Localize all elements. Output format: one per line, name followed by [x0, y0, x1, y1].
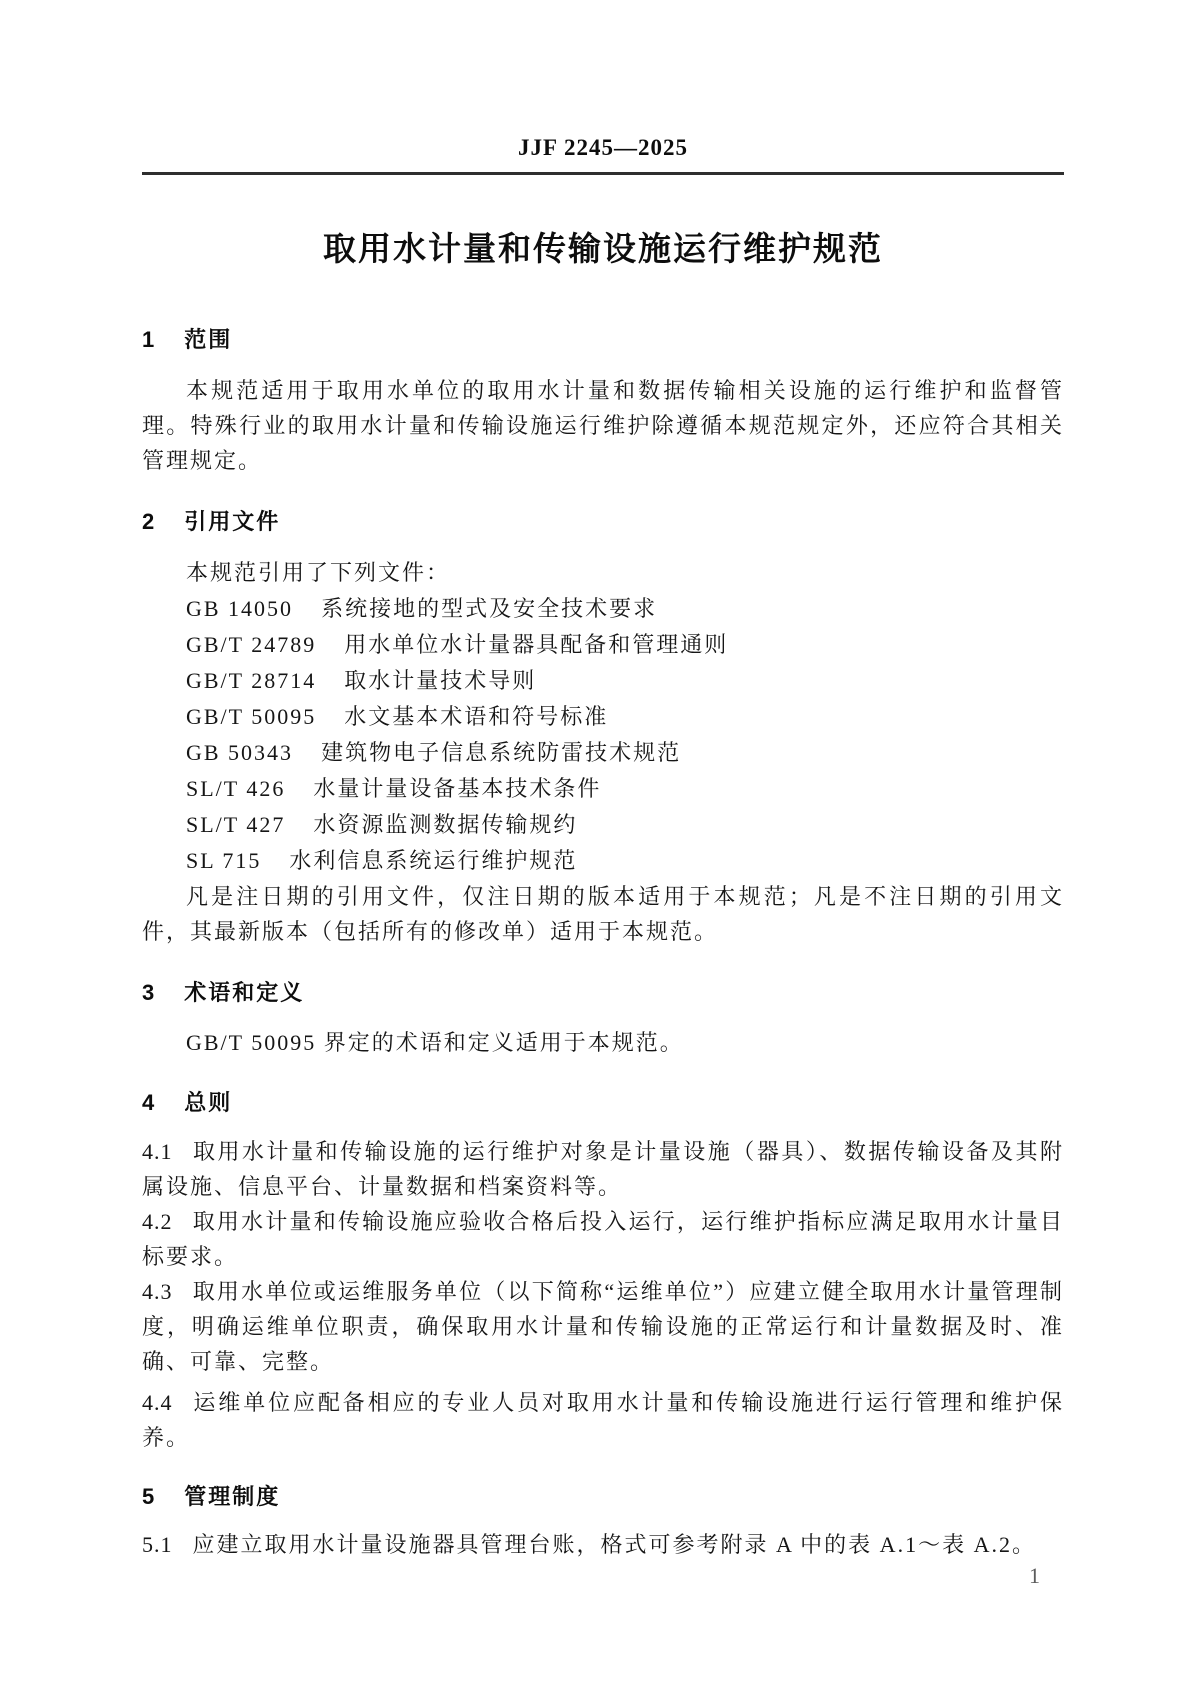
- references-outro: 凡是注日期的引用文件，仅注日期的版本适用于本规范；凡是不注日期的引用文件，其最新…: [142, 879, 1064, 949]
- reference-code: GB/T 50095: [186, 704, 316, 729]
- reference-title: 系统接地的型式及安全技术要求: [321, 596, 657, 621]
- reference-code: GB/T 24789: [186, 632, 316, 657]
- section-3-number: 3: [142, 980, 154, 1005]
- clause-number: 4.2: [142, 1209, 173, 1234]
- reference-code: SL 715: [186, 848, 261, 873]
- reference-title: 水利信息系统运行维护规范: [289, 848, 577, 873]
- clause-4-2: 4.2取用水计量和传输设施应验收合格后投入运行，运行维护指标应满足取用水计量目标…: [142, 1204, 1064, 1274]
- section-1-paragraph: 本规范适用于取用水单位的取用水计量和数据传输相关设施的运行维护和监督管理。特殊行…: [142, 373, 1064, 478]
- clause-number: 4.1: [142, 1139, 173, 1164]
- page-number: 1: [1029, 1563, 1040, 1589]
- clause-text: 应建立取用水计量设施器具管理台账，格式可参考附录 A 中的表 A.1～表 A.2…: [193, 1532, 1036, 1557]
- reference-title: 水文基本术语和符号标准: [344, 704, 608, 729]
- clause-text: 取用水单位或运维服务单位（以下简称“运维单位”）应建立健全取用水计量管理制度，明…: [142, 1279, 1064, 1374]
- section-1-title: 范围: [184, 327, 232, 352]
- references-intro: 本规范引用了下列文件：: [142, 555, 1064, 591]
- reference-code: GB 14050: [186, 596, 293, 621]
- reference-item: GB 50343建筑物电子信息系统防雷技术规范: [142, 735, 1064, 771]
- section-1-number: 1: [142, 327, 154, 352]
- clause-4-4: 4.4运维单位应配备相应的专业人员对取用水计量和传输设施进行运行管理和维护保养。: [142, 1385, 1064, 1455]
- section-1-heading: 1范围: [142, 326, 1064, 353]
- reference-item: GB/T 24789用水单位水计量器具配备和管理通则: [142, 627, 1064, 663]
- section-2-heading: 2引用文件: [142, 508, 1064, 535]
- section-3-title: 术语和定义: [184, 980, 304, 1005]
- clause-5-1: 5.1应建立取用水计量设施器具管理台账，格式可参考附录 A 中的表 A.1～表 …: [142, 1527, 1064, 1562]
- clause-4-1: 4.1取用水计量和传输设施的运行维护对象是计量设施（器具）、数据传输设备及其附属…: [142, 1134, 1064, 1204]
- header-rule: [142, 172, 1064, 175]
- reference-title: 水量计量设备基本技术条件: [313, 776, 601, 801]
- reference-title: 用水单位水计量器具配备和管理通则: [344, 632, 728, 657]
- clause-number: 4.4: [142, 1390, 173, 1415]
- clause-text: 运维单位应配备相应的专业人员对取用水计量和传输设施进行运行管理和维护保养。: [142, 1390, 1064, 1450]
- section-5-number: 5: [142, 1484, 154, 1509]
- clause-4-3: 4.3取用水单位或运维服务单位（以下简称“运维单位”）应建立健全取用水计量管理制…: [142, 1274, 1064, 1379]
- reference-title: 建筑物电子信息系统防雷技术规范: [321, 740, 681, 765]
- section-3-heading: 3术语和定义: [142, 979, 1064, 1006]
- reference-code: GB/T 28714: [186, 668, 316, 693]
- doc-code: JJF 2245—2025: [142, 136, 1064, 160]
- document-title: 取用水计量和传输设施运行维护规范: [142, 229, 1064, 269]
- reference-item: GB/T 50095水文基本术语和符号标准: [142, 699, 1064, 735]
- reference-item: SL/T 426水量计量设备基本技术条件: [142, 771, 1064, 807]
- reference-code: GB 50343: [186, 740, 293, 765]
- reference-title: 取水计量技术导则: [344, 668, 536, 693]
- reference-title: 水资源监测数据传输规约: [313, 812, 577, 837]
- section-5-title: 管理制度: [184, 1484, 280, 1509]
- reference-code: SL/T 426: [186, 776, 285, 801]
- reference-code: SL/T 427: [186, 812, 285, 837]
- section-2-number: 2: [142, 509, 154, 534]
- clause-text: 取用水计量和传输设施应验收合格后投入运行，运行维护指标应满足取用水计量目标要求。: [142, 1209, 1064, 1269]
- reference-item: SL 715水利信息系统运行维护规范: [142, 843, 1064, 879]
- section-5-heading: 5管理制度: [142, 1483, 1064, 1510]
- clause-text: 取用水计量和传输设施的运行维护对象是计量设施（器具）、数据传输设备及其附属设施、…: [142, 1139, 1064, 1199]
- section-3-paragraph: GB/T 50095 界定的术语和定义适用于本规范。: [142, 1025, 1064, 1060]
- reference-item: SL/T 427水资源监测数据传输规约: [142, 807, 1064, 843]
- section-2-title: 引用文件: [184, 509, 280, 534]
- clause-number: 4.3: [142, 1279, 173, 1304]
- section-4-heading: 4总则: [142, 1089, 1064, 1116]
- clause-number: 5.1: [142, 1532, 173, 1557]
- section-4-number: 4: [142, 1090, 154, 1115]
- page-content: JJF 2245—2025 取用水计量和传输设施运行维护规范 1范围 本规范适用…: [142, 0, 1064, 1562]
- document-page: JJF 2245—2025 取用水计量和传输设施运行维护规范 1范围 本规范适用…: [0, 0, 1191, 1685]
- reference-item: GB/T 28714取水计量技术导则: [142, 663, 1064, 699]
- reference-item: GB 14050系统接地的型式及安全技术要求: [142, 591, 1064, 627]
- section-4-title: 总则: [184, 1090, 232, 1115]
